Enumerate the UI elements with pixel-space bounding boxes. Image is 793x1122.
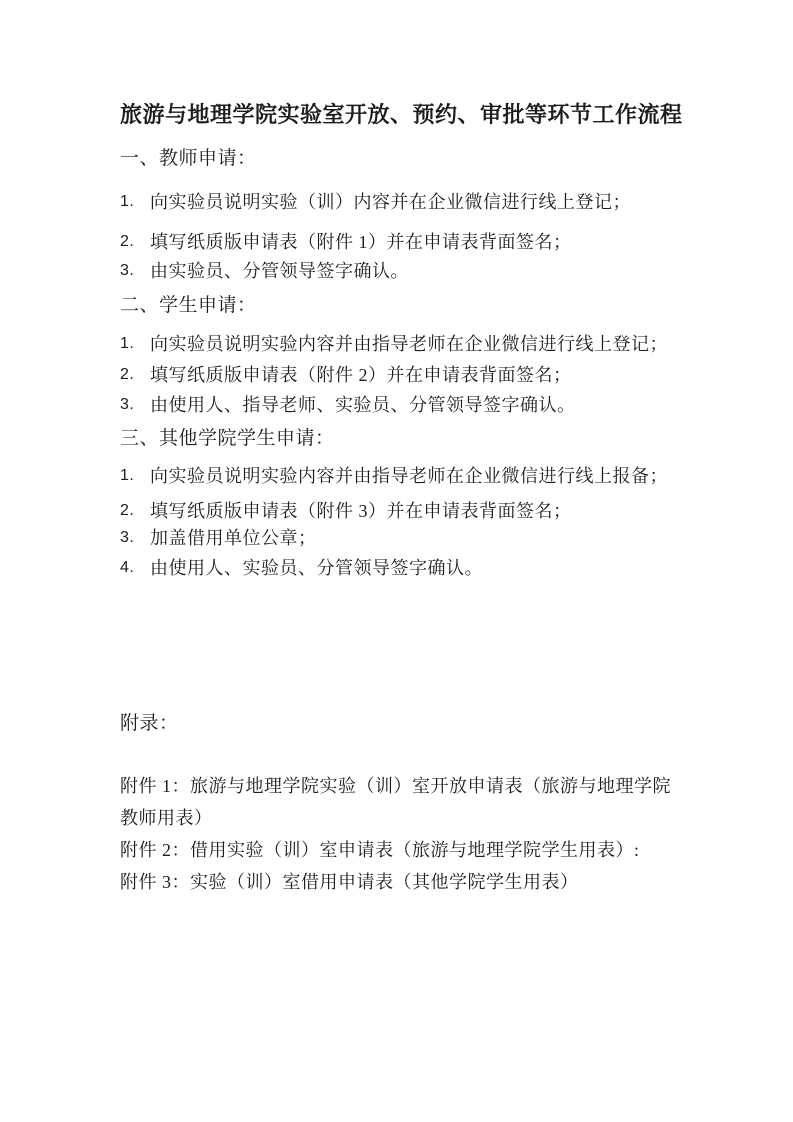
document-page: 旅游与地理学院实验室开放、预约、审批等环节工作流程 一、教师申请： 1. 向实验… bbox=[0, 0, 793, 1122]
list-text: 由使用人、实验员、分管领导签字确认。 bbox=[150, 555, 673, 581]
attachment-3: 附件 3：实验（训）室借用申请表（其他学院学生用表） bbox=[120, 866, 673, 898]
list-number: 3. bbox=[120, 258, 150, 284]
list-number: 2. bbox=[120, 229, 150, 255]
appendix-label: 附录： bbox=[120, 711, 673, 737]
list-text: 向实验员说明实验（训）内容并在企业微信进行线上登记； bbox=[150, 189, 673, 215]
section-heading-student-application: 二、学生申请： bbox=[120, 293, 673, 319]
section-heading-teacher-application: 一、教师申请： bbox=[120, 146, 673, 172]
list-number: 3. bbox=[120, 392, 150, 418]
list-text: 由实验员、分管领导签字确认。 bbox=[150, 258, 673, 284]
list-text: 填写纸质版申请表（附件 2）并在申请表背面签名； bbox=[150, 362, 673, 388]
list-text: 向实验员说明实验内容并由指导老师在企业微信进行线上报备； bbox=[150, 463, 673, 489]
list-text: 由使用人、指导老师、实验员、分管领导签字确认。 bbox=[150, 392, 673, 418]
list-item: 4. 由使用人、实验员、分管领导签字确认。 bbox=[120, 555, 673, 581]
list-text: 向实验员说明实验内容并由指导老师在企业微信进行线上登记； bbox=[150, 331, 673, 357]
list-item: 3. 加盖借用单位公章； bbox=[120, 525, 673, 551]
list-item: 1. 向实验员说明实验内容并由指导老师在企业微信进行线上登记； bbox=[120, 331, 673, 357]
list-text: 加盖借用单位公章； bbox=[150, 525, 673, 551]
list-number: 3. bbox=[120, 525, 150, 551]
document-title: 旅游与地理学院实验室开放、预约、审批等环节工作流程 bbox=[120, 0, 673, 129]
list-text: 填写纸质版申请表（附件 3）并在申请表背面签名； bbox=[150, 498, 673, 524]
list-number: 4. bbox=[120, 555, 150, 581]
list-item: 1. 向实验员说明实验内容并由指导老师在企业微信进行线上报备； bbox=[120, 463, 673, 489]
list-number: 1. bbox=[120, 331, 150, 357]
attachment-1: 附件 1：旅游与地理学院实验（训）室开放申请表（旅游与地理学院教师用表） bbox=[120, 770, 673, 834]
list-item: 3. 由实验员、分管领导签字确认。 bbox=[120, 258, 673, 284]
list-number: 2. bbox=[120, 498, 150, 524]
section-heading-other-college-student-application: 三、其他学院学生申请： bbox=[120, 426, 673, 452]
attachment-2: 附件 2：借用实验（训）室申请表（旅游与地理学院学生用表）: bbox=[120, 834, 673, 866]
attachment-list: 附件 1：旅游与地理学院实验（训）室开放申请表（旅游与地理学院教师用表） 附件 … bbox=[120, 770, 673, 898]
list-number: 1. bbox=[120, 463, 150, 489]
list-item: 3. 由使用人、指导老师、实验员、分管领导签字确认。 bbox=[120, 392, 673, 418]
list-item: 2. 填写纸质版申请表（附件 1）并在申请表背面签名； bbox=[120, 229, 673, 255]
list-item: 1. 向实验员说明实验（训）内容并在企业微信进行线上登记； bbox=[120, 189, 673, 215]
list-number: 2. bbox=[120, 362, 150, 388]
document-content: 旅游与地理学院实验室开放、预约、审批等环节工作流程 一、教师申请： 1. 向实验… bbox=[120, 0, 673, 898]
list-item: 2. 填写纸质版申请表（附件 2）并在申请表背面签名； bbox=[120, 362, 673, 388]
list-number: 1. bbox=[120, 189, 150, 215]
list-item: 2. 填写纸质版申请表（附件 3）并在申请表背面签名； bbox=[120, 498, 673, 524]
list-text: 填写纸质版申请表（附件 1）并在申请表背面签名； bbox=[150, 229, 673, 255]
